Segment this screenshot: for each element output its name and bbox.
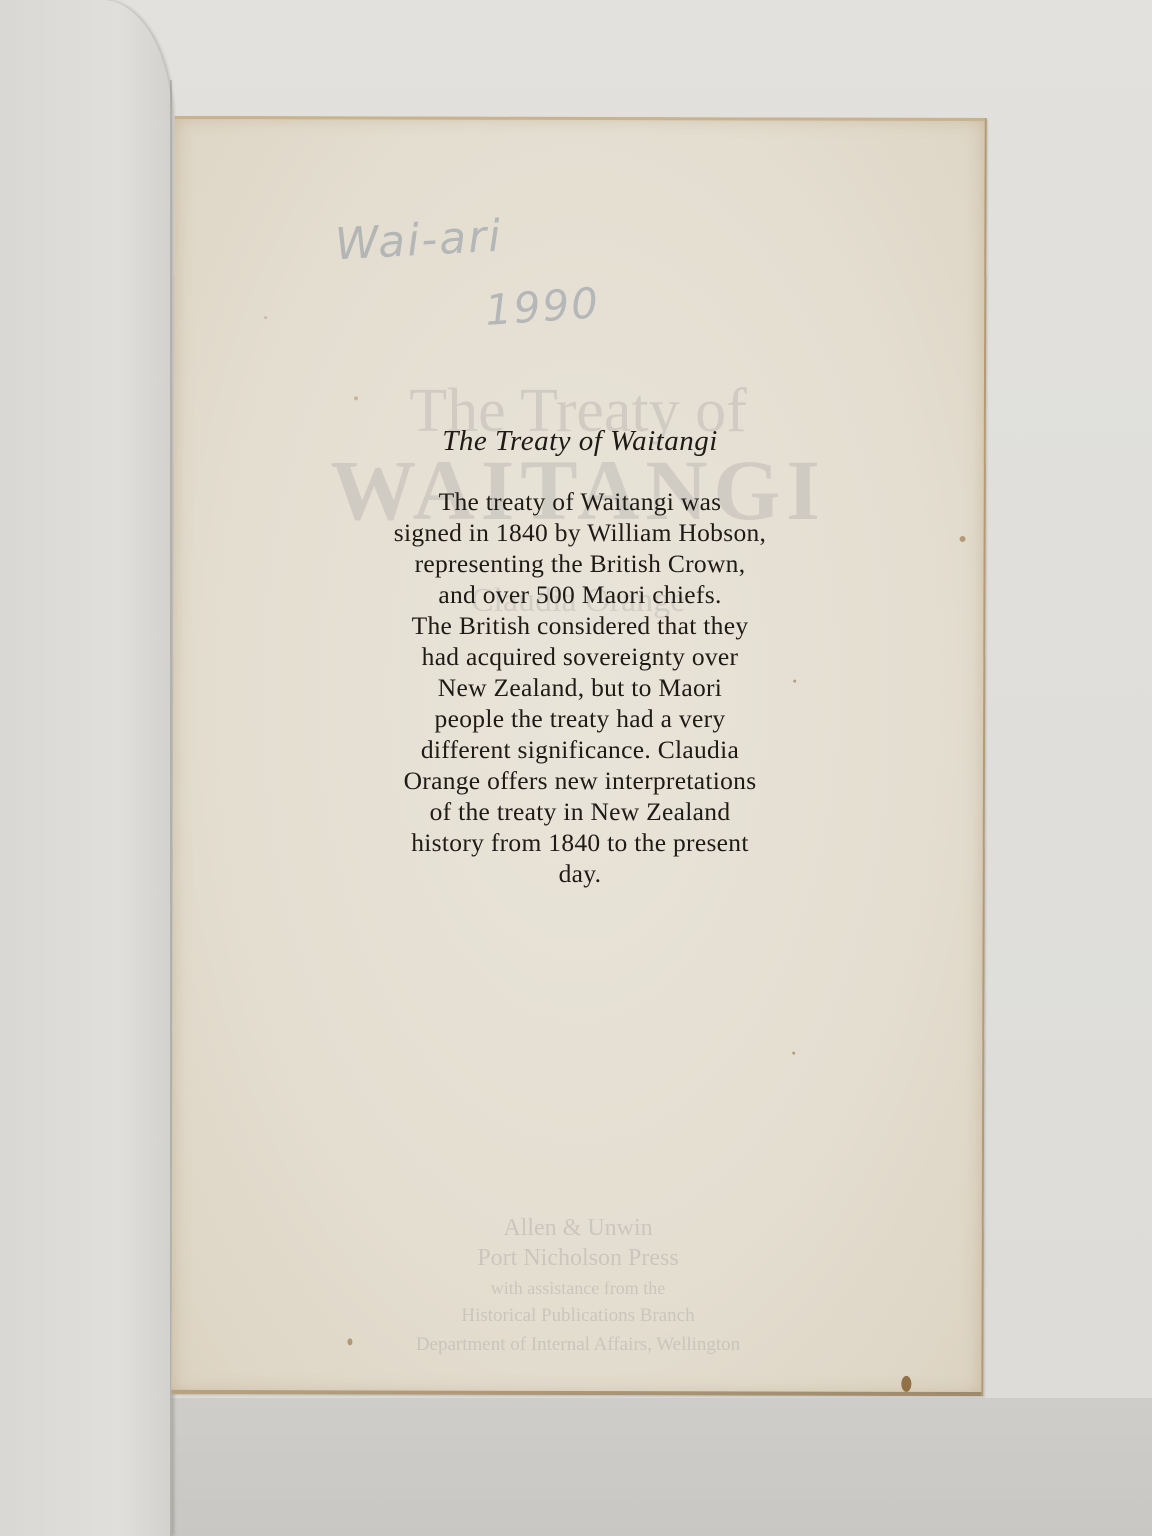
show-through-publisher: Allen & Unwin xyxy=(173,1215,983,1242)
book-blurb: The Treaty of Waitangi The treaty of Wai… xyxy=(330,425,830,889)
show-through-publisher: Port Nicholson Press xyxy=(173,1245,983,1272)
blurb-line: had acquired sovereignty over xyxy=(330,641,830,672)
pencil-inscription-name: Wai-ari xyxy=(334,211,504,271)
blurb-line: day. xyxy=(330,858,830,889)
blurb-line: history from 1840 to the present xyxy=(330,827,830,858)
blurb-line: signed in 1840 by William Hobson, xyxy=(330,517,830,548)
show-through-publisher: with assistance from the xyxy=(173,1278,983,1299)
foxing-spot xyxy=(264,316,267,319)
blurb-line: Orange offers new interpretations xyxy=(330,765,830,796)
show-through-publisher: Historical Publications Branch xyxy=(173,1305,983,1327)
blurb-line: and over 500 Maori chiefs. xyxy=(330,579,830,610)
table-surface xyxy=(0,1398,1152,1536)
blurb-line: New Zealand, but to Maori xyxy=(330,672,830,703)
blurb-line: The British considered that they xyxy=(330,610,830,641)
foxing-spot xyxy=(901,1376,911,1392)
blurb-line: people the treaty had a very xyxy=(330,703,830,734)
foxing-spot xyxy=(792,1052,795,1055)
blurb-line: different significance. Claudia xyxy=(330,734,830,765)
blurb-title: The Treaty of Waitangi xyxy=(330,425,830,458)
show-through-publisher: Department of Internal Affairs, Wellingt… xyxy=(173,1334,983,1356)
pencil-inscription-year: 1990 xyxy=(483,278,601,335)
blurb-line: The treaty of Waitangi was xyxy=(330,486,830,517)
blurb-line: representing the British Crown, xyxy=(330,548,830,579)
left-page-endpaper xyxy=(0,0,172,1536)
blurb-line: of the treaty in New Zealand xyxy=(330,796,830,827)
